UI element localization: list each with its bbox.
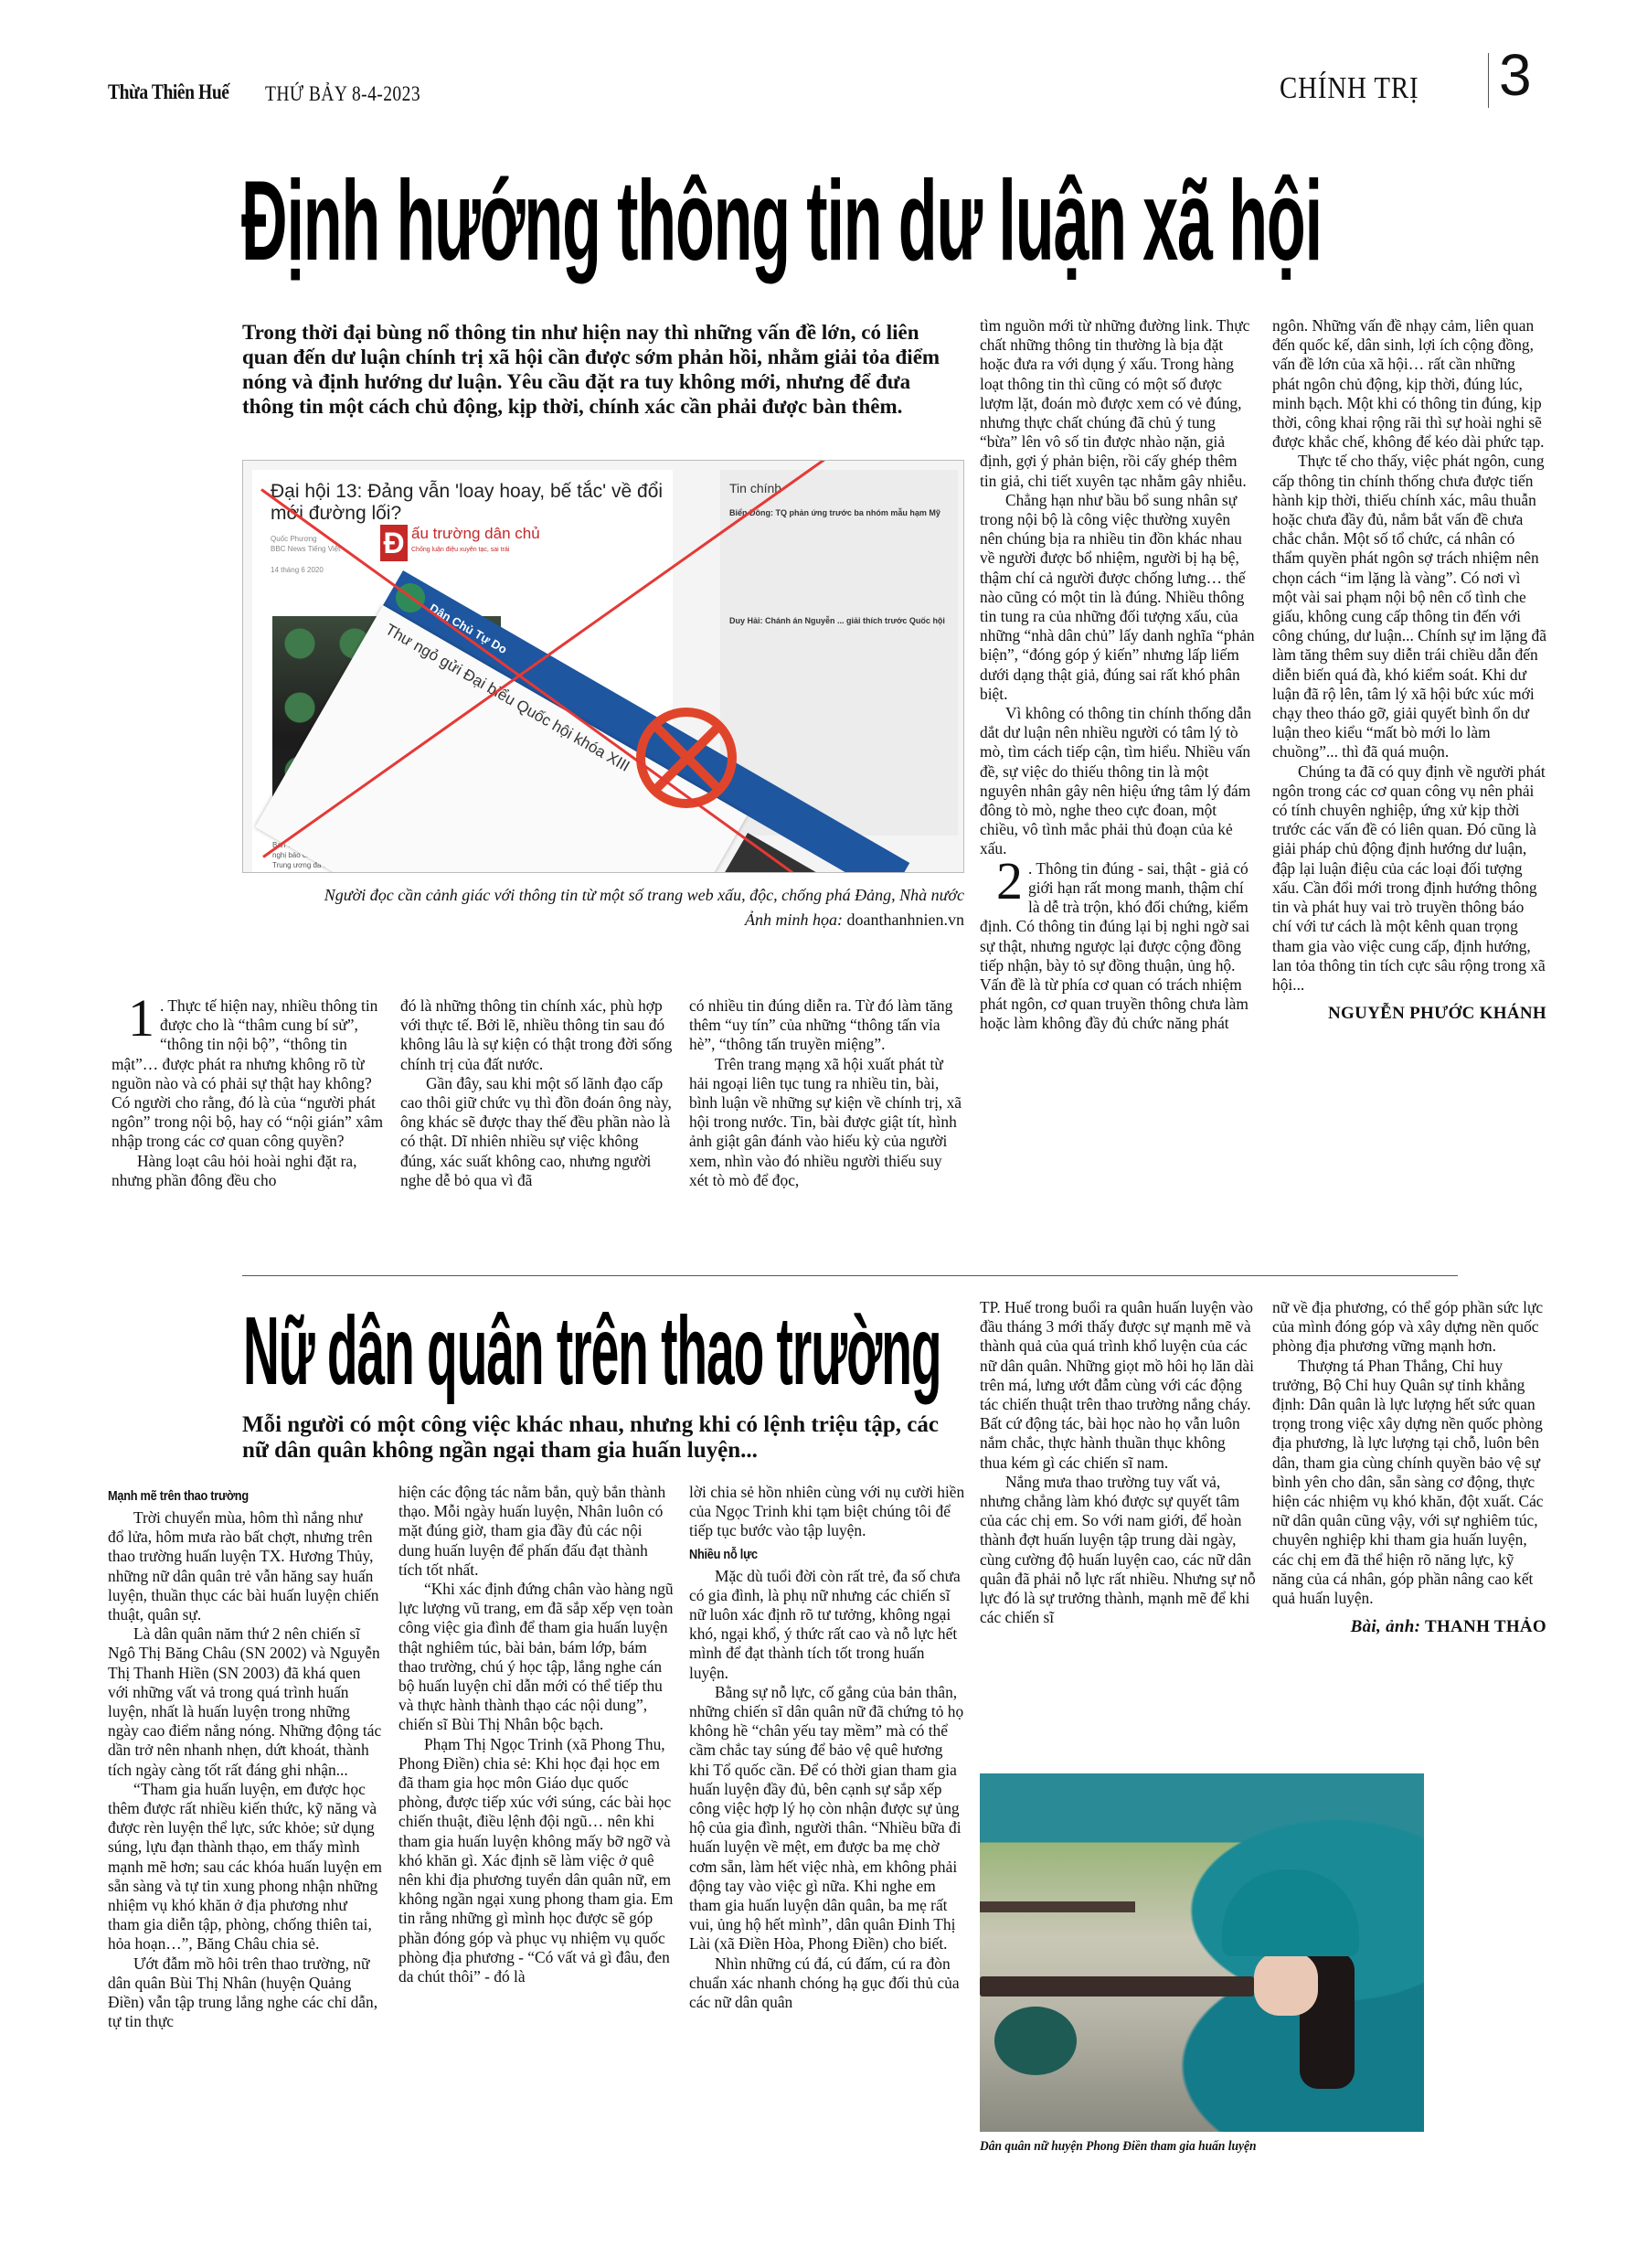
- clock-icon: 14 tháng 6 2020: [271, 565, 340, 575]
- militia-training-photo: [980, 1773, 1424, 2132]
- article1-column-4: tìm nguồn mới từ những đường link. Thực …: [980, 316, 1256, 1034]
- article1-sapo: Trong thời đại bùng nổ thông tin như hiệ…: [242, 320, 955, 419]
- page-number: 3: [1499, 46, 1532, 104]
- article1-column-3: có nhiều tin đúng diễn ra. Từ đó làm tăn…: [689, 996, 963, 1190]
- photo-credit-source: doanthanhnien.vn: [847, 910, 964, 929]
- article1-illustration: Đại hội 13: Đảng vẫn 'loay hoay, bế tắc'…: [242, 460, 964, 873]
- article1-byline: NGUYỄN PHƯỚC KHÁNH: [1272, 1004, 1546, 1023]
- section-name: CHÍNH TRỊ: [1280, 71, 1419, 106]
- article1-column-1: 1. Thực tế hiện nay, nhiều thông tin đượ…: [112, 996, 386, 1190]
- article1-column-5: ngôn. Những vấn đề nhạy cảm, liên quan đ…: [1272, 316, 1546, 1023]
- article2-column-5: nữ về địa phương, có thể góp phần sức lự…: [1272, 1298, 1546, 1636]
- article2-column-3: lời chia sẻ hồn nhiên cùng với nụ cười h…: [689, 1483, 965, 2012]
- rifle: [980, 1976, 1254, 1996]
- article2-column-4: TP. Huế trong buổi ra quân huấn luyện và…: [980, 1298, 1256, 1627]
- article2-column-1: Mạnh mẽ trên thao trường Trời chuyển mùa…: [108, 1483, 382, 2031]
- subheading: Nhiều nỗ lực: [689, 1545, 924, 1565]
- article2-title: Nữ dân quân trên thao trường: [243, 1296, 941, 1406]
- article2-sapo: Mỗi người có một công việc khác nhau, nh…: [242, 1412, 964, 1464]
- pith-helmet: [1222, 1869, 1359, 1956]
- article1-title: Định hướng thông tin dư luận xã hội: [241, 157, 1322, 285]
- subheading: Mạnh mẽ trên thao trường: [108, 1486, 341, 1507]
- masthead: Thừa Thiên Huế: [108, 80, 229, 104]
- article2-column-2: hiện các động tác nằm bắn, quỳ bắn thành…: [398, 1483, 675, 1986]
- screenshot-headline: Đại hội 13: Đảng vẫn 'loay hoay, bế tắc'…: [271, 481, 673, 525]
- article2-photo-caption: Dân quân nữ huyện Phong Điền tham gia hu…: [980, 2139, 1257, 2155]
- dropcap: 1: [128, 998, 154, 1038]
- issue-date: THỨ BẢY 8-4-2023: [265, 82, 420, 106]
- article1-caption: Người đọc cần cảnh giác với thông tin từ…: [242, 883, 964, 932]
- dau-truong-dan-chu-logo: Đ ấu trường dân chủ Chống luận điệu xuyê…: [380, 525, 545, 570]
- prohibited-icon: [636, 708, 737, 808]
- article-divider: [242, 1275, 1458, 1276]
- article2-byline: Bài, ảnh: THANH THẢO: [1272, 1617, 1546, 1636]
- article1-column-2: đó là những thông tin chính xác, phù hợp…: [400, 996, 675, 1190]
- dropcap: 2: [996, 861, 1023, 901]
- flag-logo-icon: Đ: [380, 525, 408, 561]
- header-divider: [1488, 53, 1489, 108]
